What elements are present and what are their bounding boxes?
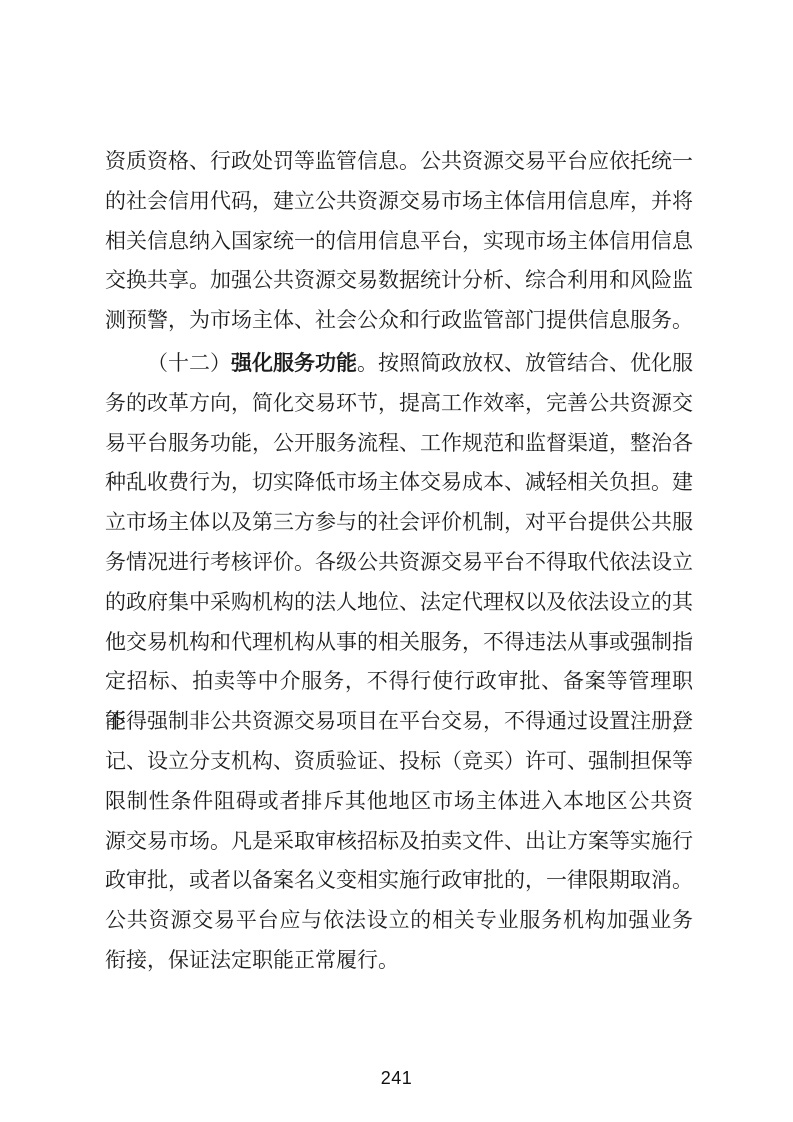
paragraph-credit-information: 资质资格、行政处罚等监管信息。公共资源交易平台应依托统一的社会信用代码，建立公共… (105, 142, 693, 341)
text-line: 交换共享。加强公共资源交易数据统计分析、综合利用和风险监 (105, 261, 693, 301)
paragraph-item-12-strengthen-services: （十二）强化服务功能。按照简政放权、放管结合、优化服务的改革方向，简化交易环节，… (105, 344, 693, 981)
text-line: （十二）强化服务功能。按照简政放权、放管结合、优化服 (105, 344, 693, 384)
text-line: 相关信息纳入国家统一的信用信息平台，实现市场主体信用信息 (105, 222, 693, 262)
text-line: 政审批，或者以备案名义变相实施行政审批的，一律限期取消。 (105, 861, 693, 901)
text-line: 易平台服务功能，公开服务流程、工作规范和监督渠道，整治各 (105, 424, 693, 464)
text-line: 他交易机构和代理机构从事的相关服务，不得违法从事或强制指 (105, 623, 693, 663)
text-line: 的社会信用代码，建立公共资源交易市场主体信用信息库，并将 (105, 182, 693, 222)
text-line: 定招标、拍卖等中介服务，不得行使行政审批、备案等管理职能， (105, 662, 693, 702)
body-text: 资质资格、行政处罚等监管信息。公共资源交易平台应依托统一的社会信用代码，建立公共… (105, 142, 693, 981)
text-line: 限制性条件阻碍或者排斥其他地区市场主体进入本地区公共资 (105, 782, 693, 822)
text-line: 的政府集中采购机构的法人地位、法定代理权以及依法设立的其 (105, 583, 693, 623)
text-line: 公共资源交易平台应与依法设立的相关专业服务机构加强业务 (105, 901, 693, 941)
text-line: 立市场主体以及第三方参与的社会评价机制，对平台提供公共服 (105, 503, 693, 543)
page-number: 241 (0, 1068, 793, 1089)
text-line: 不得强制非公共资源交易项目在平台交易，不得通过设置注册登 (105, 702, 693, 742)
text-line: 资质资格、行政处罚等监管信息。公共资源交易平台应依托统一 (105, 142, 693, 182)
text-line: 测预警，为市场主体、社会公众和行政监管部门提供信息服务。 (105, 301, 693, 341)
text-line: 源交易市场。凡是采取审核招标及拍卖文件、出让方案等实施行 (105, 822, 693, 862)
document-page: 资质资格、行政处罚等监管信息。公共资源交易平台应依托统一的社会信用代码，建立公共… (0, 0, 793, 1122)
text-line: 衔接，保证法定职能正常履行。 (105, 941, 693, 981)
text-line: 种乱收费行为，切实降低市场主体交易成本、减轻相关负担。建 (105, 463, 693, 503)
bold-heading: 强化服务功能 (231, 351, 357, 375)
text-line: 记、设立分支机构、资质验证、投标（竞买）许可、强制担保等 (105, 742, 693, 782)
text-line: 务情况进行考核评价。各级公共资源交易平台不得取代依法设立 (105, 543, 693, 583)
text-line: 务的改革方向，简化交易环节，提高工作效率，完善公共资源交 (105, 384, 693, 424)
